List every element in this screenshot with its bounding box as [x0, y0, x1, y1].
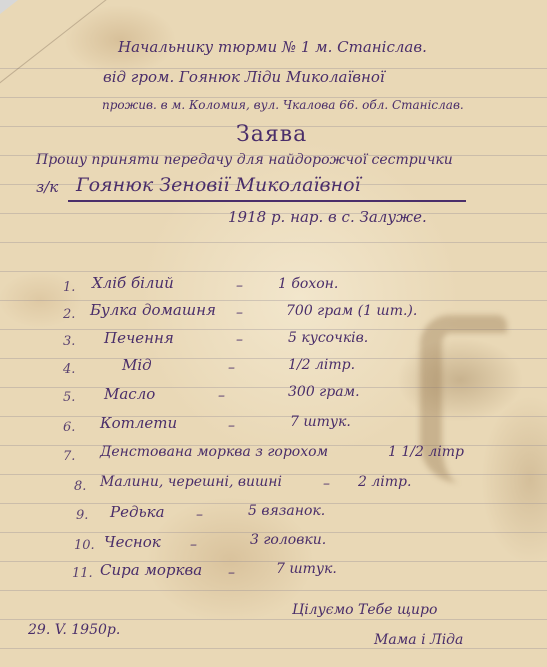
- ruled-line: [0, 271, 547, 272]
- header-line-2: від гром. Гоянюк Ліди Миколаївної: [103, 68, 385, 86]
- request-line: Прошу приняти передачу для найдорожчої с…: [36, 152, 453, 168]
- document-title: Заява: [236, 122, 307, 147]
- birth-info: 1918 р. нар. в с. Залуже.: [228, 208, 427, 226]
- ruled-line: [0, 242, 547, 243]
- signature: Мама і Ліда: [374, 632, 463, 648]
- letter-date: 29. V. 1950р.: [28, 622, 120, 638]
- torn-corner: [0, 0, 18, 14]
- ruled-line: [0, 648, 547, 649]
- ruled-line: [0, 561, 547, 562]
- header-line-1: Начальнику тюрми № 1 м. Станіслав.: [118, 38, 427, 56]
- closing-line: Цілуємо Тебе щиро: [292, 602, 437, 618]
- name-underline: [68, 200, 466, 202]
- ruled-line: [0, 619, 547, 620]
- letter-paper: Начальнику тюрми № 1 м. Станіслав. від г…: [0, 0, 547, 667]
- prisoner-prefix: з/к: [36, 178, 58, 196]
- ruled-line: [0, 590, 547, 591]
- recipient-name: Гоянюк Зеновії Миколаївної: [76, 174, 361, 196]
- ruled-line: [0, 300, 547, 301]
- header-line-3: прожив. в м. Коломия, вул. Чкалова 66. о…: [102, 98, 464, 112]
